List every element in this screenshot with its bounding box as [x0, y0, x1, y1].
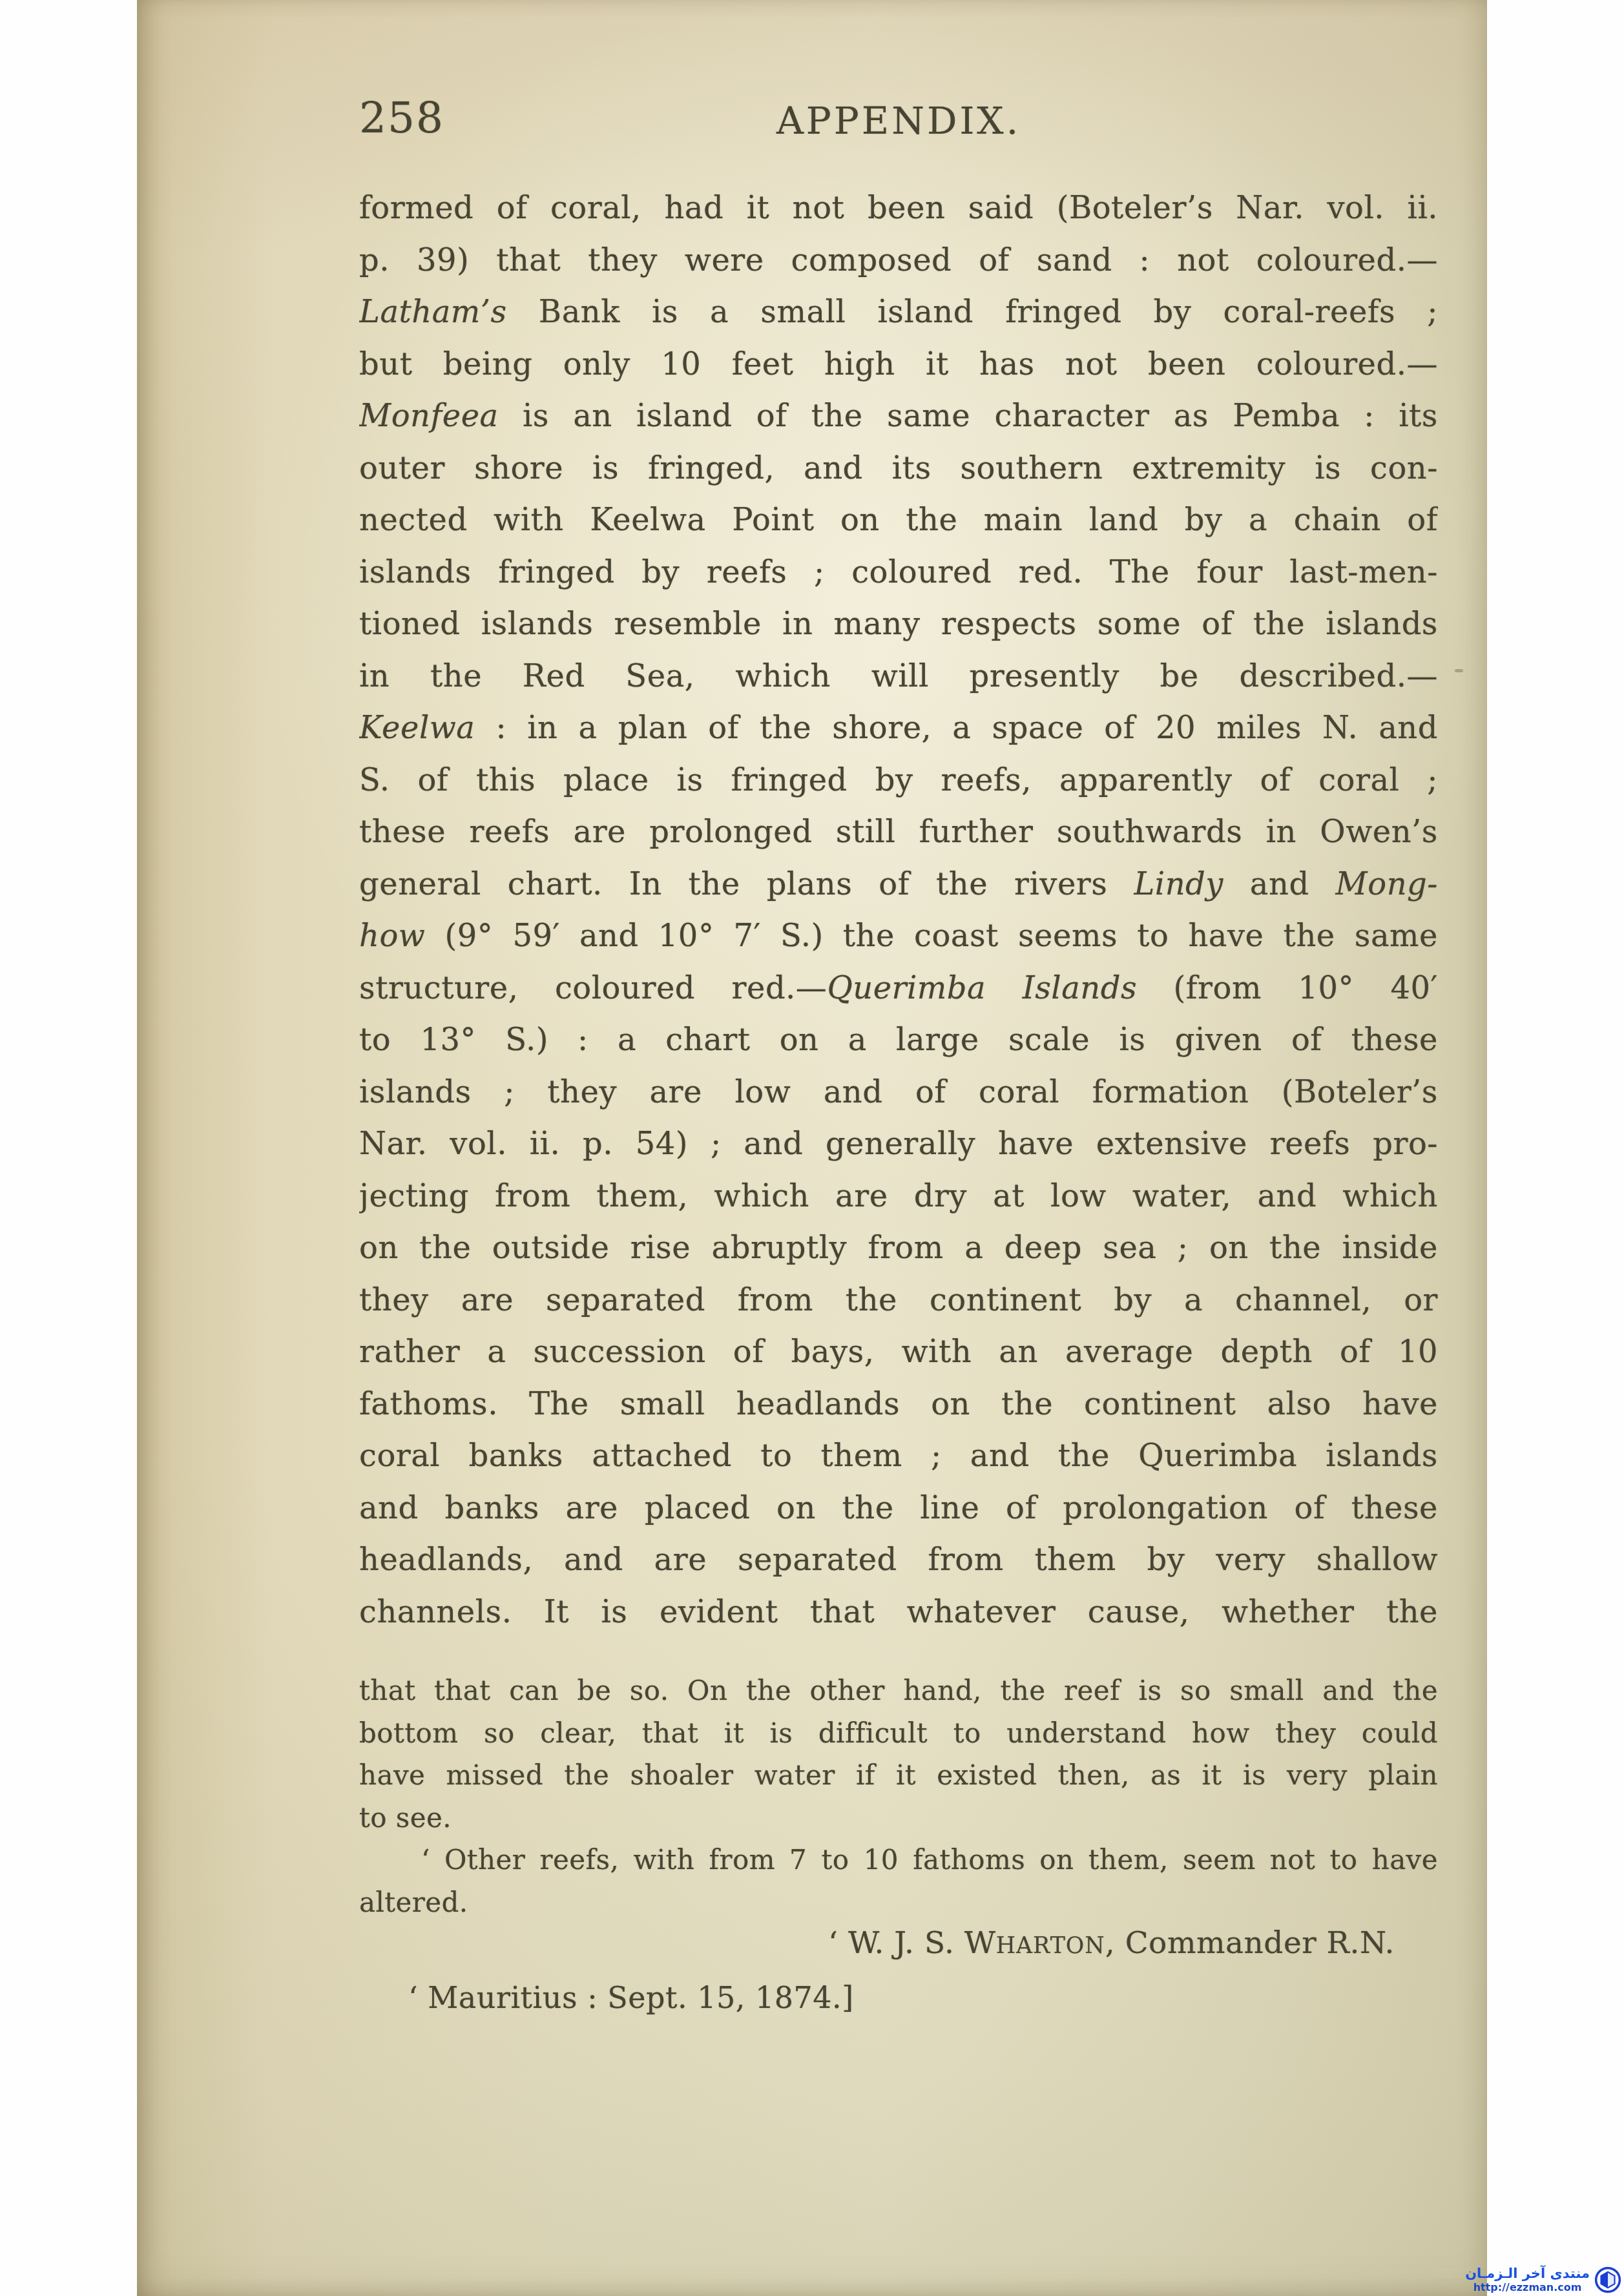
body-text-line: p. 39) that they were composed of sand :… [359, 234, 1438, 287]
text-segment: , Commander R.N. [1105, 1925, 1395, 1961]
body-text-line: Latham’s Bank is a small island fringed … [359, 286, 1438, 338]
text-segment: is an island of the same character as Pe… [499, 398, 1438, 434]
footnote-line: to see. [359, 1797, 1438, 1839]
dateline: ‘ Mauritius : Sept. 15, 1874.] [408, 1978, 854, 2018]
body-text-line: tioned islands resemble in many respects… [359, 598, 1438, 650]
body-text-line: islands fringed by reefs ; coloured red.… [359, 546, 1438, 599]
body-text-line: structure, coloured red.—Querimba Island… [359, 962, 1438, 1015]
text-segment: Querimba Islands [827, 970, 1137, 1006]
text-segment: outer shore is fringed, and its southern… [359, 450, 1438, 486]
text-segment: Mong- [1336, 866, 1438, 902]
text-segment: to see. [359, 1802, 452, 1834]
text-segment: these reefs are prolonged still further … [359, 814, 1438, 850]
body-text-line: rather a succession of bays, with an ave… [359, 1326, 1438, 1378]
ink-speck [1455, 669, 1463, 672]
text-segment: headlands, and are separated from them b… [359, 1542, 1438, 1578]
body-text-line: in the Red Sea, which will presently be … [359, 650, 1438, 703]
text-segment: and [1223, 866, 1336, 902]
text-segment: p. 39) that they were composed of sand :… [359, 242, 1438, 278]
text-segment: but being only 10 feet high it has not b… [359, 346, 1438, 382]
text-segment: channels. It is evident that whatever ca… [359, 1594, 1438, 1630]
text-segment: Keelwa [359, 710, 475, 746]
text-segment: islands ; they are low and of coral form… [359, 1074, 1438, 1110]
text-segment: in the Red Sea, which will presently be … [359, 658, 1438, 694]
body-text-line: nected with Keelwa Point on the main lan… [359, 494, 1438, 546]
text-segment: fathoms. The small headlands on the cont… [359, 1386, 1438, 1422]
text-segment: tioned islands resemble in many respects… [359, 606, 1438, 642]
body-text-line: Monfeea is an island of the same charact… [359, 390, 1438, 442]
text-segment: bottom so clear, that it is difficult to… [359, 1717, 1438, 1749]
text-segment: they are separated from the continent by… [359, 1282, 1438, 1318]
text-segment: nected with Keelwa Point on the main lan… [359, 502, 1438, 538]
book-page: 258 APPENDIX. formed of coral, had it no… [137, 0, 1487, 2296]
body-text-line: general chart. In the plans of the river… [359, 858, 1438, 911]
scanned-book-page-image: 258 APPENDIX. formed of coral, had it no… [0, 0, 1624, 2296]
body-text-line: they are separated from the continent by… [359, 1274, 1438, 1327]
text-segment: general chart. In the plans of the river… [359, 866, 1134, 902]
body-text-line: S. of this place is fringed by reefs, ap… [359, 754, 1438, 807]
body-text-line: headlands, and are separated from them b… [359, 1534, 1438, 1586]
body-text-line: to 13° S.) : a chart on a large scale is… [359, 1014, 1438, 1066]
body-text-line: outer shore is fringed, and its southern… [359, 442, 1438, 495]
body-text-line: and banks are placed on the line of prol… [359, 1482, 1438, 1535]
text-segment: Nar. vol. ii. p. 54) ; and generally hav… [359, 1126, 1438, 1162]
text-segment: how [359, 918, 425, 954]
text-segment: jecting from them, which are dry at low … [359, 1178, 1438, 1214]
body-text-line: on the outside rise abruptly from a deep… [359, 1222, 1438, 1274]
running-header: APPENDIX. [359, 98, 1438, 143]
text-segment: islands fringed by reefs ; coloured red.… [359, 554, 1438, 590]
body-text-line: Nar. vol. ii. p. 54) ; and generally hav… [359, 1118, 1438, 1170]
body-text-line: islands ; they are low and of coral form… [359, 1066, 1438, 1119]
text-segment: HARTON [996, 1933, 1105, 1959]
text-segment: Monfeea [359, 398, 499, 434]
body-text-line: fathoms. The small headlands on the cont… [359, 1378, 1438, 1431]
body-text-line: Keelwa : in a plan of the shore, a space… [359, 702, 1438, 754]
text-segment: S. of this place is fringed by reefs, ap… [359, 762, 1438, 798]
text-segment: have missed the shoaler water if it exis… [359, 1759, 1438, 1791]
footnote-line: bottom so clear, that it is difficult to… [359, 1712, 1438, 1755]
signature-line: ‘ W. J. S. WHARTON, Commander R.N. [828, 1923, 1395, 1966]
text-segment: (9° 59′ and 10° 7′ S.) the coast seems t… [425, 918, 1438, 954]
text-segment: formed of coral, had it not been said (B… [359, 190, 1438, 226]
text-segment: (from 10° 40′ [1137, 970, 1438, 1006]
watermark-hexagon-logo-icon [1594, 2266, 1621, 2293]
text-segment: ‘ W. J. S. W [828, 1925, 996, 1961]
text-segment: : in a plan of the shore, a space of 20 … [475, 710, 1438, 746]
body-text-line: how (9° 59′ and 10° 7′ S.) the coast see… [359, 910, 1438, 962]
text-segment: ‘ Other reefs, with from 7 to 10 fathoms… [421, 1844, 1438, 1876]
body-text-line: coral banks attached to them ; and the Q… [359, 1430, 1438, 1482]
text-segment: on the outside rise abruptly from a deep… [359, 1230, 1438, 1266]
text-segment: structure, coloured red.— [359, 970, 827, 1006]
body-text-line: channels. It is evident that whatever ca… [359, 1586, 1438, 1639]
footnote-text: that that can be so. On the other hand, … [359, 1670, 1438, 1923]
footnote-line: that that can be so. On the other hand, … [359, 1670, 1438, 1712]
body-text: formed of coral, had it not been said (B… [359, 182, 1438, 1638]
text-segment: altered. [359, 1887, 468, 1918]
watermark-url-text: http://ezzman.com [1465, 2281, 1590, 2293]
watermark-arabic-text: منتدى آخر الـزمـان [1465, 2266, 1590, 2281]
text-segment: Bank is a small island fringed by coral-… [507, 294, 1438, 330]
text-segment: Lindy [1134, 866, 1223, 902]
body-text-line: but being only 10 feet high it has not b… [359, 338, 1438, 391]
body-text-line: these reefs are prolonged still further … [359, 806, 1438, 858]
text-segment: to 13° S.) : a chart on a large scale is… [359, 1022, 1438, 1058]
text-segment: Latham’s [359, 294, 507, 330]
footnote-line: ‘ Other reefs, with from 7 to 10 fathoms… [359, 1839, 1438, 1881]
text-segment: coral banks attached to them ; and the Q… [359, 1438, 1438, 1474]
watermark-text-block: منتدى آخر الـزمـان http://ezzman.com [1465, 2266, 1590, 2293]
text-segment: rather a succession of bays, with an ave… [359, 1334, 1438, 1370]
footnote-line: have missed the shoaler water if it exis… [359, 1754, 1438, 1797]
body-text-line: formed of coral, had it not been said (B… [359, 182, 1438, 234]
body-text-line: jecting from them, which are dry at low … [359, 1170, 1438, 1223]
text-segment: and banks are placed on the line of prol… [359, 1490, 1438, 1526]
watermark: منتدى آخر الـزمـان http://ezzman.com [1465, 2266, 1621, 2293]
footnote-line: altered. [359, 1881, 1438, 1924]
text-segment: that that can be so. On the other hand, … [359, 1675, 1438, 1706]
